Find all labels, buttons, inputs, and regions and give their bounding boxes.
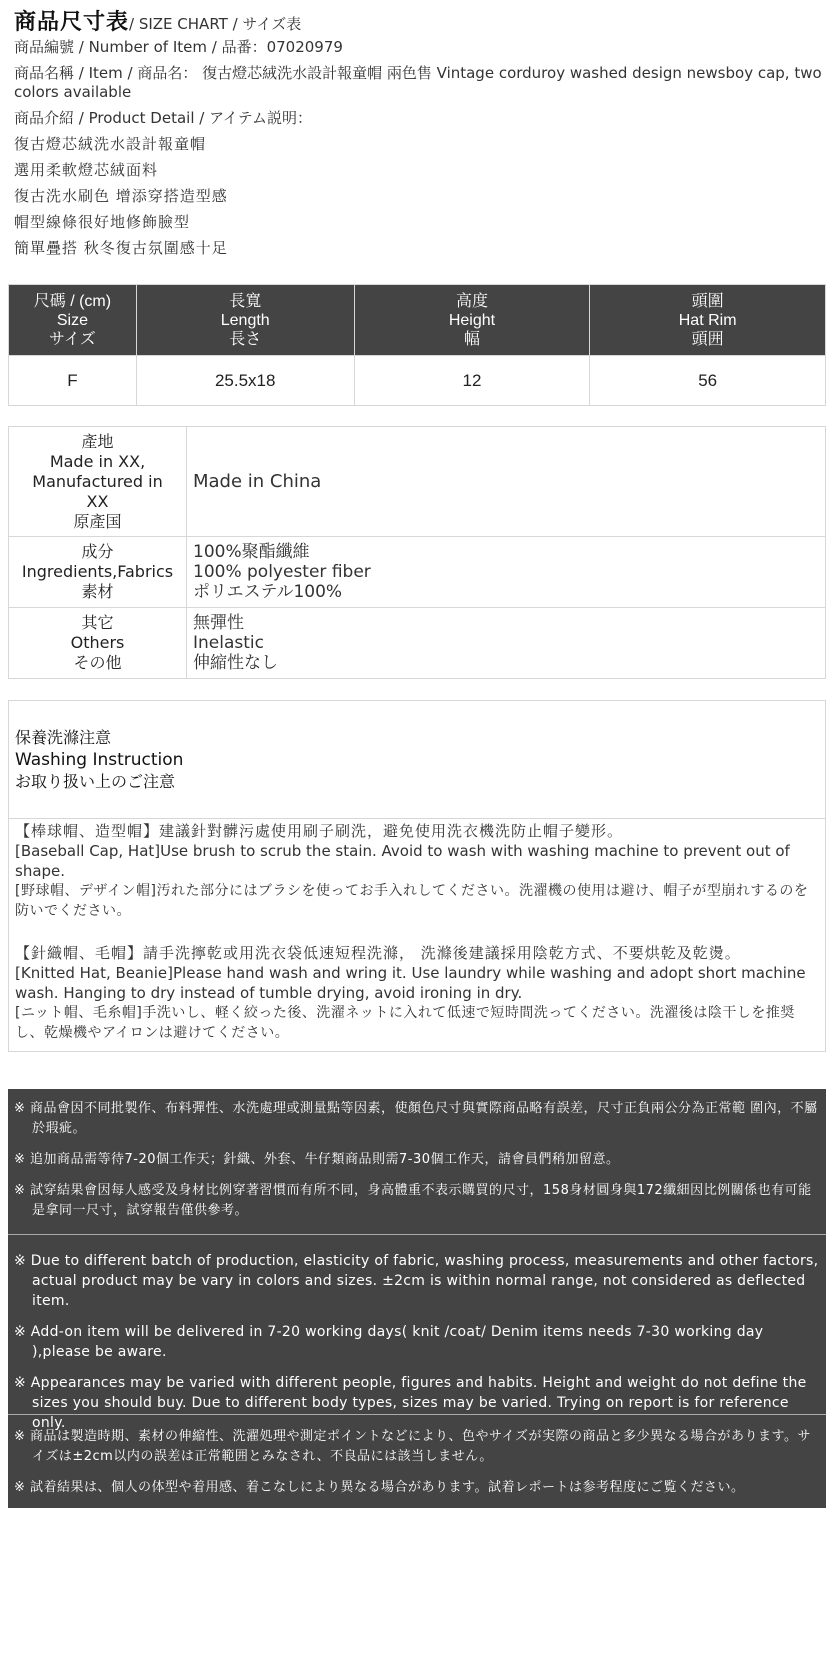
item-name: 商品名稱 / Item / 商品名： 復古燈芯絨洗水設計報童帽 兩色售 Vint… (14, 64, 824, 102)
value-line: 伸縮性なし (193, 653, 819, 673)
item-number: 商品編號 / Number of Item / 品番：07020979 (14, 38, 824, 57)
washing-text-en: [Knitted Hat, Beanie]Please hand wash an… (15, 963, 819, 1003)
product-info-table: 產地 Made in XX, Manufactured in XX 原產国 Ma… (8, 426, 826, 679)
label-line: Ingredients,Fabrics (13, 562, 182, 582)
info-label: 產地 Made in XX, Manufactured in XX 原產国 (9, 427, 187, 537)
spacer (15, 921, 819, 943)
detail-line: 帽型線條很好地修飾臉型 (14, 209, 824, 235)
note-item: ※ 追加商品需等待7-20個工作天；針織、外套、牛仔類商品則需7-30個工作天，… (14, 1150, 820, 1170)
info-label: 成分 Ingredients,Fabrics 素材 (9, 537, 187, 608)
cell-hat-rim: 56 (590, 356, 826, 406)
header-size: 尺碼 / (cm)Sizeサイズ (9, 285, 137, 356)
washing-title-jp: お取り扱い上のご注意 (15, 771, 819, 793)
header-jp: 幅 (357, 330, 588, 349)
info-value: Made in China (187, 427, 826, 537)
note-item: ※ 商品は製造時期、素材の伸縮性、洗濯処理や測定ポイントなどにより、色やサイズが… (14, 1427, 820, 1467)
label-line: その他 (13, 653, 182, 673)
label-line: Made in XX, (13, 452, 182, 472)
notes-block-en: ※ Due to different batch of production, … (8, 1235, 826, 1415)
label-line: 素材 (13, 582, 182, 602)
size-table-header: 尺碼 / (cm)Sizeサイズ 長寬Length長さ 高度Height幅 頭圍… (9, 285, 826, 356)
washing-text-zh: 【針織帽、毛帽】請手洗擰乾或用洗衣袋低速短程洗滌， 洗滌後建議採用陰乾方式、不要… (15, 943, 819, 963)
product-intro: 商品尺寸表/ SIZE CHART / サイズ表 商品編號 / Number o… (14, 8, 824, 261)
header-zh: 高度 (357, 292, 588, 311)
header-en: Height (357, 311, 588, 330)
note-item: ※ Add-on item will be delivered in 7-20 … (14, 1322, 820, 1362)
info-row-ingredients: 成分 Ingredients,Fabrics 素材 100%聚酯纖維 100% … (9, 537, 826, 608)
washing-instruction-panel: 保養洗滌注意 Washing Instruction お取り扱い上のご注意 【棒… (8, 700, 826, 1052)
header-jp: サイズ (11, 330, 134, 349)
header-length: 長寬Length長さ (136, 285, 354, 356)
title-subtitle: / SIZE CHART / サイズ表 (129, 15, 301, 33)
page-title: 商品尺寸表/ SIZE CHART / サイズ表 (14, 8, 824, 38)
washing-text-zh: 【棒球帽、造型帽】建議針對髒污處使用刷子刷洗，避免使用洗衣機洗防止帽子變形。 (15, 821, 819, 841)
header-zh: 尺碼 / (cm) (11, 292, 134, 311)
size-table: 尺碼 / (cm)Sizeサイズ 長寬Length長さ 高度Height幅 頭圍… (8, 284, 826, 406)
header-hat-rim: 頭圍Hat Rim頭囲 (590, 285, 826, 356)
note-item: ※ 商品會因不同批製作、布料彈性、水洗處理或測量點等因素，使顏色尺寸與實際商品略… (14, 1099, 820, 1139)
washing-body: 【棒球帽、造型帽】建議針對髒污處使用刷子刷洗，避免使用洗衣機洗防止帽子變形。 [… (9, 819, 825, 1051)
note-item: ※ 試穿結果會因每人感受及身材比例穿著習慣而有所不同，身高體重不表示購買的尺寸，… (14, 1181, 820, 1221)
info-row-origin: 產地 Made in XX, Manufactured in XX 原產国 Ma… (9, 427, 826, 537)
header-zh: 頭圍 (592, 292, 823, 311)
note-item: ※ 試着結果は、個人の体型や着用感、着こなしにより異なる場合があります。試着レポ… (14, 1478, 820, 1498)
value-line: Made in China (193, 472, 819, 492)
info-value: 100%聚酯纖維 100% polyester fiber ポリエステル100% (187, 537, 826, 608)
title-zh: 商品尺寸表 (14, 10, 129, 35)
label-line: Manufactured in (13, 472, 182, 492)
washing-text-en: [Baseball Cap, Hat]Use brush to scrub th… (15, 841, 819, 881)
cell-size: F (9, 356, 137, 406)
notes-block-zh: ※ 商品會因不同批製作、布料彈性、水洗處理或測量點等因素，使顏色尺寸與實際商品略… (8, 1089, 826, 1235)
notes-block-jp: ※ 商品は製造時期、素材の伸縮性、洗濯処理や測定ポイントなどにより、色やサイズが… (8, 1415, 826, 1508)
cell-length: 25.5x18 (136, 356, 354, 406)
header-zh: 長寬 (139, 292, 352, 311)
info-label: 其它 Others その他 (9, 608, 187, 679)
detail-line: 選用柔軟燈芯絨面料 (14, 157, 824, 183)
value-line: 100%聚酯纖維 (193, 542, 819, 562)
header-jp: 頭囲 (592, 330, 823, 349)
value-line: 無彈性 (193, 613, 819, 633)
header-en: Size (11, 311, 134, 330)
info-row-others: 其它 Others その他 無彈性 Inelastic 伸縮性なし (9, 608, 826, 679)
detail-line: 簡單疊搭 秋冬復古氛圍感十足 (14, 235, 824, 261)
label-line: 產地 (13, 432, 182, 452)
label-line: 成分 (13, 542, 182, 562)
note-item: ※ Due to different batch of production, … (14, 1251, 820, 1311)
label-line: XX (13, 492, 182, 512)
notes-panel: ※ 商品會因不同批製作、布料彈性、水洗處理或測量點等因素，使顏色尺寸與實際商品略… (8, 1089, 826, 1508)
cell-height: 12 (354, 356, 590, 406)
detail-line: 復古洗水刷色 增添穿搭造型感 (14, 183, 824, 209)
value-line: 100% polyester fiber (193, 562, 819, 582)
washing-heading: 保養洗滌注意 Washing Instruction お取り扱い上のご注意 (9, 701, 825, 819)
label-line: Others (13, 633, 182, 653)
info-value: 無彈性 Inelastic 伸縮性なし (187, 608, 826, 679)
detail-label: 商品介紹 / Product Detail / アイテム説明： (14, 109, 824, 128)
washing-text-jp: [野球帽、デザイン帽]汚れた部分にはブラシを使ってお手入れしてください。洗濯機の… (15, 881, 819, 921)
value-line: ポリエステル100% (193, 582, 819, 602)
table-row: F 25.5x18 12 56 (9, 356, 826, 406)
washing-title-en: Washing Instruction (15, 749, 819, 771)
header-en: Hat Rim (592, 311, 823, 330)
detail-line: 復古燈芯絨洗水設計報童帽 (14, 131, 824, 157)
washing-title-zh: 保養洗滌注意 (15, 727, 819, 749)
header-height: 高度Height幅 (354, 285, 590, 356)
label-line: 其它 (13, 613, 182, 633)
header-en: Length (139, 311, 352, 330)
washing-text-jp: [ニット帽、毛糸帽]手洗いし、軽く絞った後、洗濯ネットに入れて低速で短時間洗って… (15, 1003, 819, 1043)
header-jp: 長さ (139, 330, 352, 349)
value-line: Inelastic (193, 633, 819, 653)
label-line: 原產国 (13, 512, 182, 532)
